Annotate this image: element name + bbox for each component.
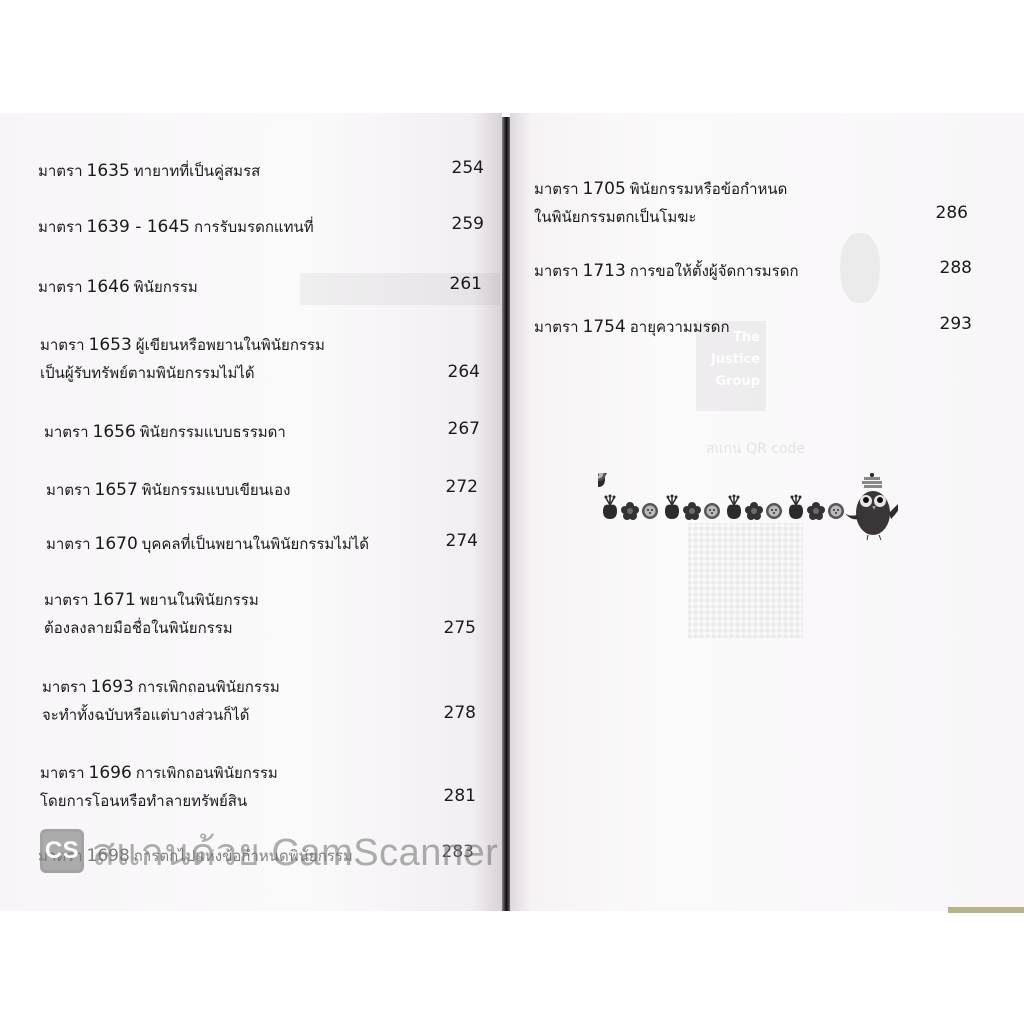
toc-entry: มาตรา1657พินัยกรรมแบบเขียนเอง: [46, 476, 290, 504]
entry-page-number: 261: [432, 274, 482, 294]
entry-section: 1671: [93, 590, 136, 610]
entry-section: 1705: [583, 179, 626, 199]
left-page: มาตรา1635ทายาทที่เป็นคู่สมรส 254 มาตรา16…: [0, 113, 502, 911]
scan-edge-artifact: [948, 907, 1024, 913]
watermark-text: สแกนด้วย CamScanner: [92, 821, 498, 882]
entry-section: 1670: [95, 534, 138, 554]
entry-title-cont: ต้องลงลายมือชื่อในพินัยกรรม: [44, 614, 259, 642]
entry-title: การเพิกถอนพินัยกรรม: [136, 764, 278, 782]
entry-label: มาตรา: [44, 591, 89, 609]
entry-section: 1713: [583, 261, 626, 281]
toc-entry: มาตรา1646พินัยกรรม: [38, 273, 198, 301]
entry-page-number: 264: [430, 362, 480, 382]
entry-section: 1693: [91, 677, 134, 697]
entry-title: พินัยกรรมแบบธรรมดา: [140, 423, 286, 441]
toc-entry: มาตรา1713การขอให้ตั้งผู้จัดการมรดก: [534, 257, 799, 285]
toc-entry: มาตรา1639 - 1645การรับมรดกแทนที่: [38, 213, 314, 241]
entry-title: การเพิกถอนพินัยกรรม: [138, 678, 280, 696]
entry-title-cont: จะทำทั้งฉบับหรือแต่บางส่วนก็ได้: [42, 701, 280, 729]
entry-label: มาตรา: [534, 262, 579, 280]
entry-page-number: 281: [426, 786, 476, 806]
entry-label: มาตรา: [42, 678, 87, 696]
entry-title-cont: เป็นผู้รับทรัพย์ตามพินัยกรรมไม่ได้: [40, 359, 325, 387]
entry-title: อายุความมรดก: [630, 318, 730, 336]
book-spread: มาตรา1635ทายาทที่เป็นคู่สมรส 254 มาตรา16…: [0, 113, 1024, 911]
entry-label: มาตรา: [46, 481, 91, 499]
entry-label: มาตรา: [38, 162, 83, 180]
entry-section: 1754: [583, 317, 626, 337]
toc-left: มาตรา1635ทายาทที่เป็นคู่สมรส 254 มาตรา16…: [0, 113, 502, 911]
toc-entry: มาตรา1696การเพิกถอนพินัยกรรม โดยการโอนหร…: [40, 759, 278, 815]
entry-section: 1639 - 1645: [87, 217, 190, 237]
entry-section: 1635: [87, 161, 130, 181]
toc-entry: มาตรา1671พยานในพินัยกรรม ต้องลงลายมือชื่…: [44, 586, 259, 642]
entry-title: ผู้เขียนหรือพยานในพินัยกรรม: [136, 336, 325, 354]
entry-section: 1653: [89, 335, 132, 355]
entry-title: พินัยกรรมหรือข้อกำหนด: [630, 180, 788, 198]
entry-section: 1656: [93, 422, 136, 442]
entry-label: มาตรา: [534, 318, 579, 336]
flower-row-icon: [598, 473, 898, 543]
entry-section: 1657: [95, 480, 138, 500]
toc-entry: มาตรา1653ผู้เขียนหรือพยานในพินัยกรรม เป็…: [40, 331, 325, 387]
entry-page-number: 272: [428, 477, 478, 497]
entry-page-number: 267: [430, 419, 480, 439]
owl-icon: [845, 473, 898, 540]
toc-entry: มาตรา1635ทายาทที่เป็นคู่สมรส: [38, 157, 260, 185]
camscanner-logo-icon: CS: [40, 829, 84, 873]
flower-owl-ornament: [598, 473, 898, 543]
toc-entry: มาตรา1754อายุความมรดก: [534, 313, 730, 341]
entry-label: มาตรา: [46, 535, 91, 553]
entry-page-number: 259: [434, 214, 484, 234]
entry-page-number: 286: [918, 203, 968, 223]
entry-title: บุคคลที่เป็นพยานในพินัยกรรมไม่ได้: [142, 535, 369, 553]
entry-page-number: 274: [428, 531, 478, 551]
entry-title-cont: โดยการโอนหรือทำลายทรัพย์สิน: [40, 787, 278, 815]
entry-title: การขอให้ตั้งผู้จัดการมรดก: [630, 262, 799, 280]
entry-label: มาตรา: [534, 180, 579, 198]
toc-entry: มาตรา1670บุคคลที่เป็นพยานในพินัยกรรมไม่ไ…: [46, 530, 369, 558]
entry-title: พินัยกรรมแบบเขียนเอง: [142, 481, 291, 499]
entry-label: มาตรา: [44, 423, 89, 441]
camscanner-watermark: CS สแกนด้วย CamScanner: [40, 828, 498, 874]
entry-label: มาตรา: [38, 278, 83, 296]
entry-label: มาตรา: [40, 764, 85, 782]
entry-page-number: 254: [434, 158, 484, 178]
entry-title: ทายาทที่เป็นคู่สมรส: [134, 162, 261, 180]
entry-title: การรับมรดกแทนที่: [194, 218, 314, 236]
entry-section: 1696: [89, 763, 132, 783]
toc-entry: มาตรา1656พินัยกรรมแบบธรรมดา: [44, 418, 286, 446]
entry-section: 1646: [87, 277, 130, 297]
toc-entry: มาตรา1705พินัยกรรมหรือข้อกำหนด ในพินัยกร…: [534, 175, 787, 231]
toc-entry: มาตรา1693การเพิกถอนพินัยกรรม จะทำทั้งฉบั…: [42, 673, 280, 729]
entry-page-number: 293: [922, 314, 972, 334]
entry-page-number: 288: [922, 258, 972, 278]
entry-title: พยานในพินัยกรรม: [140, 591, 259, 609]
entry-page-number: 278: [426, 703, 476, 723]
right-page: The Justice Group สแกน QR code มาตรา1705…: [510, 113, 1024, 911]
entry-title-cont: ในพินัยกรรมตกเป็นโมฆะ: [534, 203, 787, 231]
book-spine: [502, 117, 510, 911]
entry-label: มาตรา: [40, 336, 85, 354]
entry-page-number: 275: [426, 618, 476, 638]
entry-label: มาตรา: [38, 218, 83, 236]
entry-title: พินัยกรรม: [134, 278, 198, 296]
